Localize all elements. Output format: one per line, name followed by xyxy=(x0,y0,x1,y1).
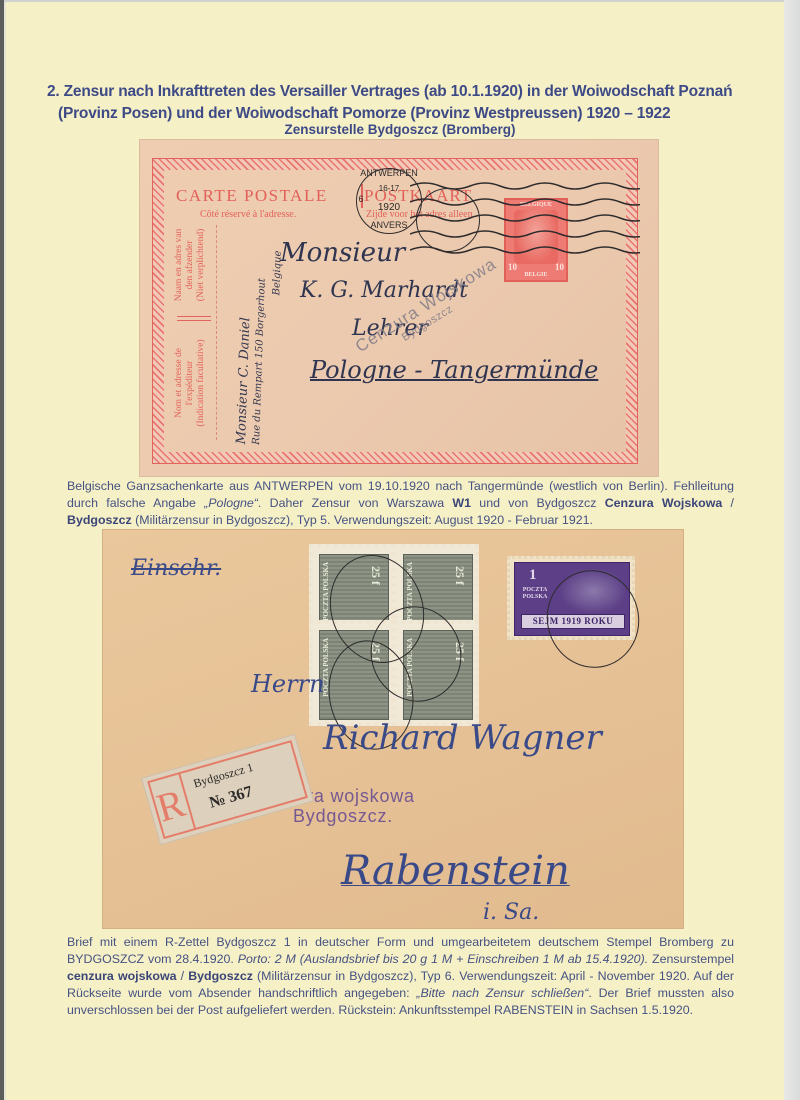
caption-text: / xyxy=(176,969,188,983)
recipient-name-handwriting: Richard Wagner xyxy=(323,718,602,758)
scan-edge-right xyxy=(784,0,800,1100)
postmark-city-bottom: ANVERS xyxy=(354,220,424,230)
sender-nl-line: den afzender xyxy=(185,205,196,325)
caption-text: . Daher Zensur von Warszawa xyxy=(258,496,453,510)
handwritten-note: Einschr. xyxy=(131,556,221,581)
address-line-1: Monsieur xyxy=(280,238,405,268)
registration-label: R Bydgoszcz 1 № 367 xyxy=(141,734,314,845)
address-line-4: Pologne - Tangermünde xyxy=(310,356,598,384)
caption-italic: „Bitte nach Zensur schließen“ xyxy=(416,986,588,1000)
caption-bold: Cenzura Wojskowa xyxy=(605,496,723,510)
caption-text: und von Bydgoszcz xyxy=(471,496,605,510)
region-handwriting: i. Sa. xyxy=(483,900,539,925)
sender-nl-line: Naam en adres van xyxy=(174,205,185,325)
sender-dotted-line xyxy=(216,225,217,440)
caption-bold: W1 xyxy=(452,496,471,510)
warszawa-w1-censor-mark xyxy=(416,188,480,252)
sender-label-fr: Nom et adresse de l'expéditeur (Indicati… xyxy=(174,323,207,443)
heading-line-1: 2. Zensur nach Inkrafttreten des Versail… xyxy=(47,83,732,100)
caption-bold: Bydgoszcz xyxy=(188,969,253,983)
caption-bold: Bydgoszcz xyxy=(67,513,132,527)
sender-nl-line: (Niet verplichtend) xyxy=(196,205,207,325)
city-handwriting: Rabenstein xyxy=(341,848,570,894)
stamp-value: 25 f xyxy=(452,566,467,585)
postcard-subtitle-fr: Côté réservé à l'adresse. xyxy=(200,209,296,220)
caption-italic: „Pologne“ xyxy=(204,496,258,510)
section-subheading: Zensurstelle Bydgoszcz (Bromberg) xyxy=(0,122,800,137)
stamp-country-bottom: BELGIE xyxy=(506,272,566,278)
belgian-postcard: CARTE POSTALE Côté réservé à l'adresse. … xyxy=(140,140,658,476)
caption-text: / xyxy=(722,496,734,510)
caption-text: Zensurstempel xyxy=(648,952,734,966)
sender-fr-line: (Indication facultative) xyxy=(196,323,207,443)
caption-text: (Militärzensur in Bydgoszcz), Typ 5. Ver… xyxy=(132,513,593,527)
postmark-date: 16-17 xyxy=(372,184,406,193)
registered-envelope: Einschr. POCZTA POLSKA 25 f POCZTA POLSK… xyxy=(103,530,683,928)
caption-bold: cenzura wojskowa xyxy=(67,969,176,983)
stamp-inscription: POCZTA POLSKA xyxy=(322,562,330,621)
envelope-caption: Brief mit einem R-Zettel Bydgoszcz 1 in … xyxy=(67,934,734,1019)
stamp-value: 1 xyxy=(529,567,537,584)
stamp-inscription: POCZTA POLSKA xyxy=(521,587,549,601)
sender-fr-line: Nom et adresse de xyxy=(174,323,185,443)
postmark-code: 6 xyxy=(356,194,366,204)
postcard-caption: Belgische Ganzsachenkarte aus ANTWERPEN … xyxy=(67,478,734,529)
postmark-year: 1920 xyxy=(372,202,406,213)
sender-fr-line: l'expéditeur xyxy=(185,323,196,443)
sender-label-nl: Naam en adres van den afzender (Niet ver… xyxy=(174,205,207,325)
page-heading: 2. Zensur nach Inkrafttreten des Versail… xyxy=(47,81,767,125)
caption-italic: Porto: 2 M (Auslandsbrief bis 20 g 1 M +… xyxy=(238,952,648,966)
sender-handwriting: Monsieur C. Daniel Rue du Rempart 150 Bo… xyxy=(234,249,286,445)
postmark-city-top: ANTWERPEN xyxy=(354,168,424,178)
postcard-title-fr: CARTE POSTALE xyxy=(176,186,328,206)
salutation-handwriting: Herrn xyxy=(251,670,325,698)
